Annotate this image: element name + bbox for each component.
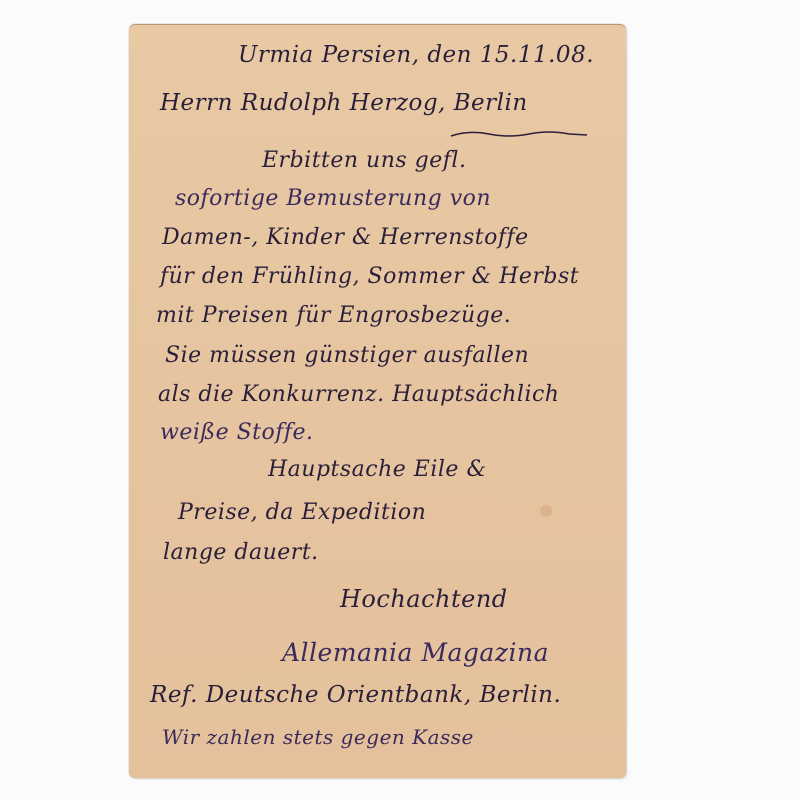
- body-line-7: als die Konkurrenz. Hauptsächlich: [158, 382, 559, 407]
- body-line-10: Preise, da Expedition: [178, 500, 426, 525]
- body-line-1: Erbitten uns gefl.: [262, 148, 466, 173]
- body-line-11: lange dauert.: [163, 540, 319, 565]
- body-line-5: mit Preisen für Engrosbezüge.: [156, 303, 511, 328]
- body-line-4: für den Frühling, Sommer & Herbst: [160, 264, 579, 289]
- addressee: Herrn Rudolph Herzog, Berlin: [160, 90, 528, 116]
- body-line-2: sofortige Bemusterung von: [175, 186, 491, 211]
- body-line-3: Damen-, Kinder & Herrenstoffe: [162, 225, 529, 250]
- underline-decoration: [449, 128, 589, 138]
- body-line-6: Sie müssen günstiger ausfallen: [165, 343, 529, 368]
- signature: Allemania Magazina: [282, 638, 549, 667]
- body-line-9: Hauptsache Eile &: [268, 457, 487, 482]
- dateline: Urmia Persien, den 15.11.08.: [238, 42, 594, 68]
- bank-reference: Ref. Deutsche Orientbank, Berlin.: [150, 682, 561, 708]
- closing: Hochachtend: [340, 585, 508, 613]
- body-line-8: weiße Stoffe.: [160, 420, 314, 445]
- paper-stain: [540, 505, 552, 517]
- payment-note: Wir zahlen stets gegen Kasse: [162, 725, 474, 749]
